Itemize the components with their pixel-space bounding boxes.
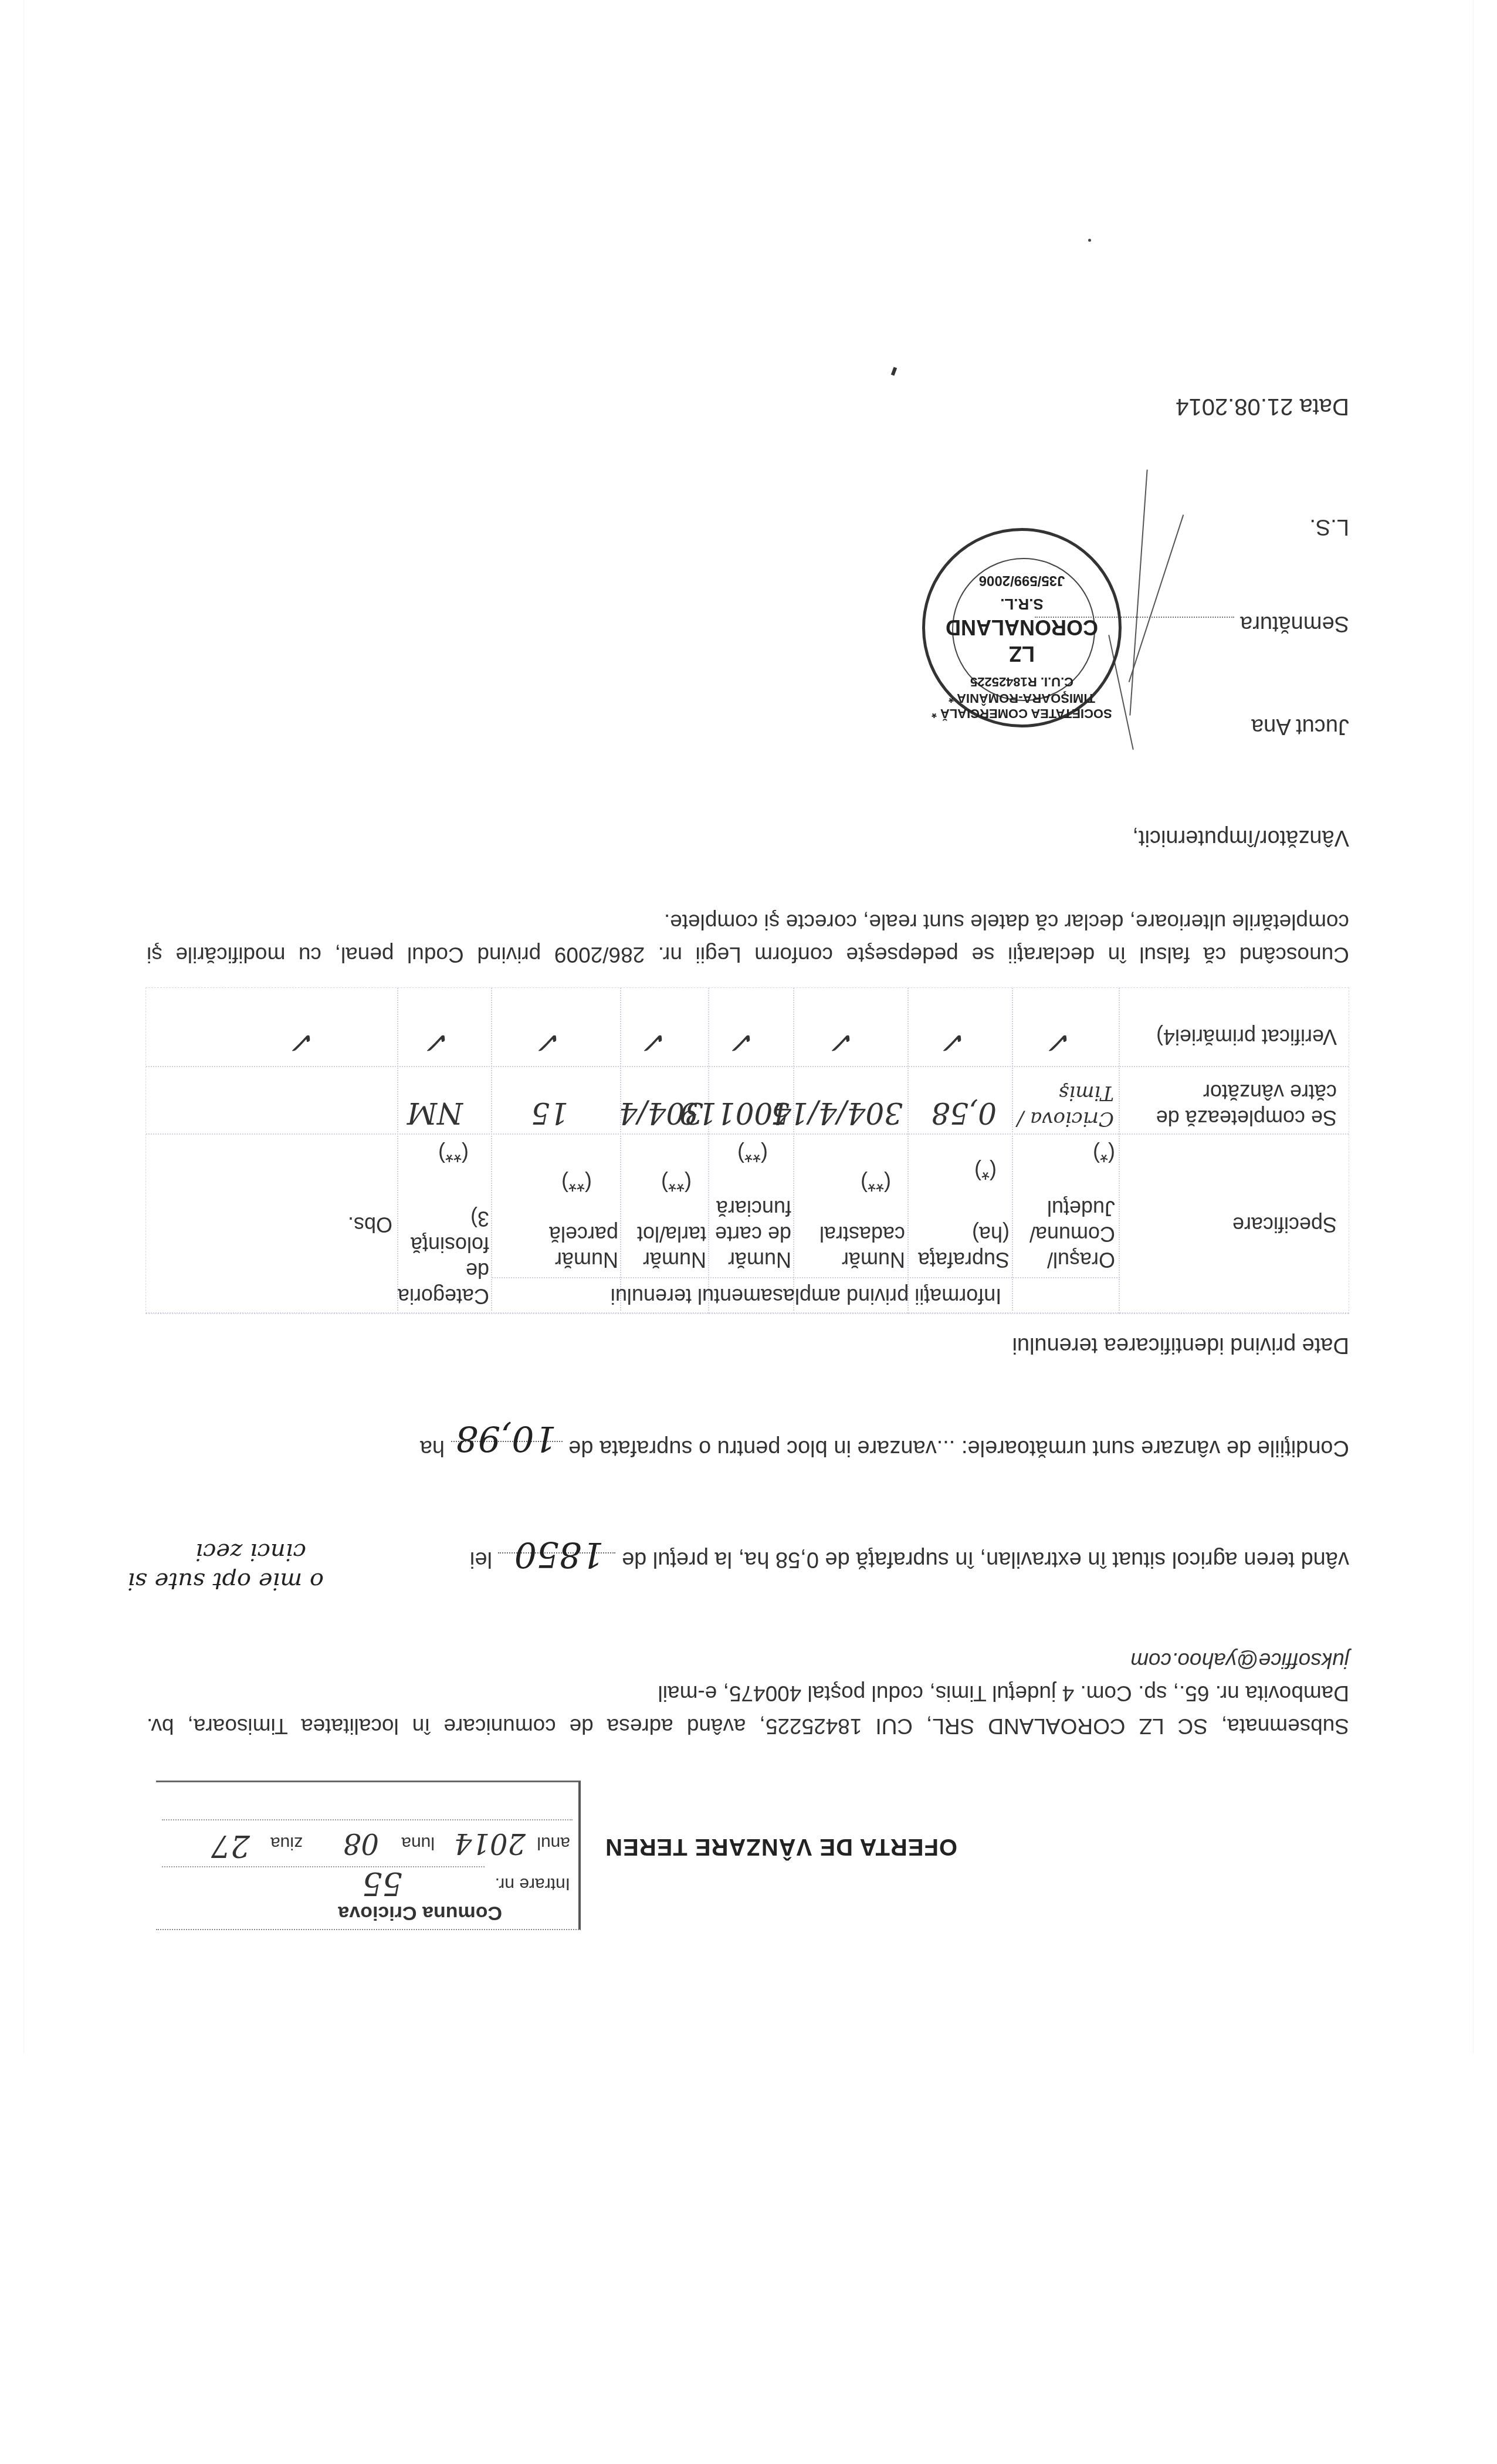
scanned-document-page: OFERTA DE VÂNZARE TEREN Comuna Criciova … [0, 0, 1497, 2464]
document-title: OFERTA DE VÂNZARE TEREN [605, 1833, 957, 1860]
stamp-day-label: ziua [270, 1833, 303, 1853]
check-mark: ✓ [292, 1030, 316, 1055]
stamp-entry-label: Intrare nr. [495, 1874, 570, 1894]
check-mark: ✓ [538, 1030, 563, 1055]
stamp-year: 2014 [454, 1827, 526, 1860]
cell-parcela: 15 [531, 1100, 568, 1126]
land-identification-table: Informaţii privind amplasamentul terenul… [145, 987, 1349, 1314]
signatory-name: Jucut Ana [1251, 710, 1349, 742]
col-note-categoria: (**) [438, 1141, 469, 1167]
stamp-outer-text: SOCIETATEA COMERCIALĂ * TIMIŞOARA-ROMÂNI… [925, 691, 1119, 721]
registration-stamp: Comuna Criciova Intrare nr. 55 anul 2014… [156, 1781, 581, 1930]
price-in-words: o mie opt sute si cinci zeci [128, 1537, 324, 1596]
col-note-cf: (**) [737, 1141, 768, 1167]
declaration-paragraph: Cunoscând că falsul în declaraţii se ped… [147, 905, 1349, 971]
ls-label: L.S. [1309, 511, 1349, 543]
stamp-institution: Comuna Criciova [338, 1901, 502, 1924]
conditions-text: Condiţiile de vânzare sunt următoarele: … [568, 1436, 1349, 1460]
col-note-suprafata: (*) [974, 1159, 997, 1184]
intro-paragraph: Subsemnata, SC LZ COROALAND SRL, CUI 184… [147, 1644, 1349, 1742]
col-note-cadastral: (**) [861, 1170, 891, 1196]
cell-suprafata: 0,58 [932, 1100, 997, 1126]
col-note-parcela: (**) [561, 1170, 592, 1196]
col-header-obs: Obs. [348, 1211, 392, 1237]
stamp-month: 08 [343, 1827, 379, 1860]
col-header-nr-cadastral: Număr cadastral [797, 1221, 905, 1272]
col-note-tarla: (**) [661, 1170, 692, 1196]
check-mark: ✓ [1048, 1030, 1073, 1055]
check-mark: ✓ [831, 1030, 856, 1055]
stamp-name-line2: CORONALAND [925, 615, 1119, 639]
col-header-suprafata: Suprafaţa (ha) [910, 1221, 1010, 1272]
company-stamp: SOCIETATEA COMERCIALĂ * TIMIŞOARA-ROMÂNI… [922, 528, 1122, 727]
signatory-role: Vânzător/împuternicit, [1132, 822, 1349, 854]
col-header-tarla: Număr tarla/lot [621, 1221, 706, 1272]
check-mark: ✓ [643, 1030, 668, 1055]
row-label-verificat: Verificat primăriei4) [1156, 1024, 1337, 1050]
stamp-reg: J35/599/2006 [925, 572, 1119, 588]
col-header-localitate: Oraşul/ Comuna/ Judeţul [1015, 1195, 1115, 1272]
stamp-day: 27 [211, 1828, 250, 1863]
col-header-specificare: Specificare [1232, 1211, 1337, 1237]
area-unit: ha [420, 1436, 445, 1460]
col-header-carte-funciara: Număr de carte funciară [709, 1195, 791, 1272]
email-text: juksoffice@yahoo.com [1130, 1649, 1349, 1673]
check-mark: ✓ [426, 1030, 451, 1055]
price-words-line2: cinci zeci [128, 1537, 324, 1566]
sale-text: vând teren agricol situat în extravilan,… [622, 1547, 1349, 1572]
table-group-header: Informaţii privind amplasamentul terenul… [492, 1283, 1120, 1309]
cell-categoria: NM [407, 1100, 463, 1126]
check-mark: ✓ [731, 1030, 756, 1055]
cell-localitate: Criciova / Timiş [1014, 1080, 1114, 1132]
check-mark: ✓ [943, 1030, 967, 1055]
date-line: Data 21.08.2014 [1176, 391, 1349, 422]
stamp-month-label: luna [401, 1833, 435, 1853]
intro-text: Subsemnata, SC LZ COROALAND SRL, CUI 184… [147, 1681, 1349, 1738]
scan-mark [1088, 239, 1091, 242]
col-note-localitate: (*) [1093, 1141, 1115, 1167]
row-label-vanzator: Se completează de către vânzător [1126, 1079, 1337, 1131]
col-header-categoria: Categoria de folosinţă 3) [401, 1206, 489, 1309]
stamp-year-label: anul [537, 1833, 570, 1853]
price-handwritten: 1850 [514, 1538, 604, 1570]
price-words-line1: o mie opt sute si [128, 1566, 324, 1596]
cell-tarla: 304/4 [619, 1100, 703, 1126]
signature-label: Semnătura [1240, 611, 1349, 636]
area-handwritten: 10,98 [456, 1422, 557, 1454]
stamp-name-line1: LZ [925, 641, 1119, 666]
stamp-cui: C.U.I. R18425225 [925, 674, 1119, 689]
stamp-entry-number: 55 [362, 1865, 402, 1902]
section-heading: Date privind identificarea terenului [1012, 1329, 1349, 1361]
currency-label: lei [470, 1547, 492, 1572]
col-header-parcela: Număr parcelă [495, 1221, 618, 1272]
stamp-name-line3: S.R.L. [925, 595, 1119, 613]
conditions-line: Condiţiile de vânzare sunt următoarele: … [420, 1432, 1349, 1464]
sale-line: vând teren agricol situat în extravilan,… [470, 1544, 1349, 1575]
